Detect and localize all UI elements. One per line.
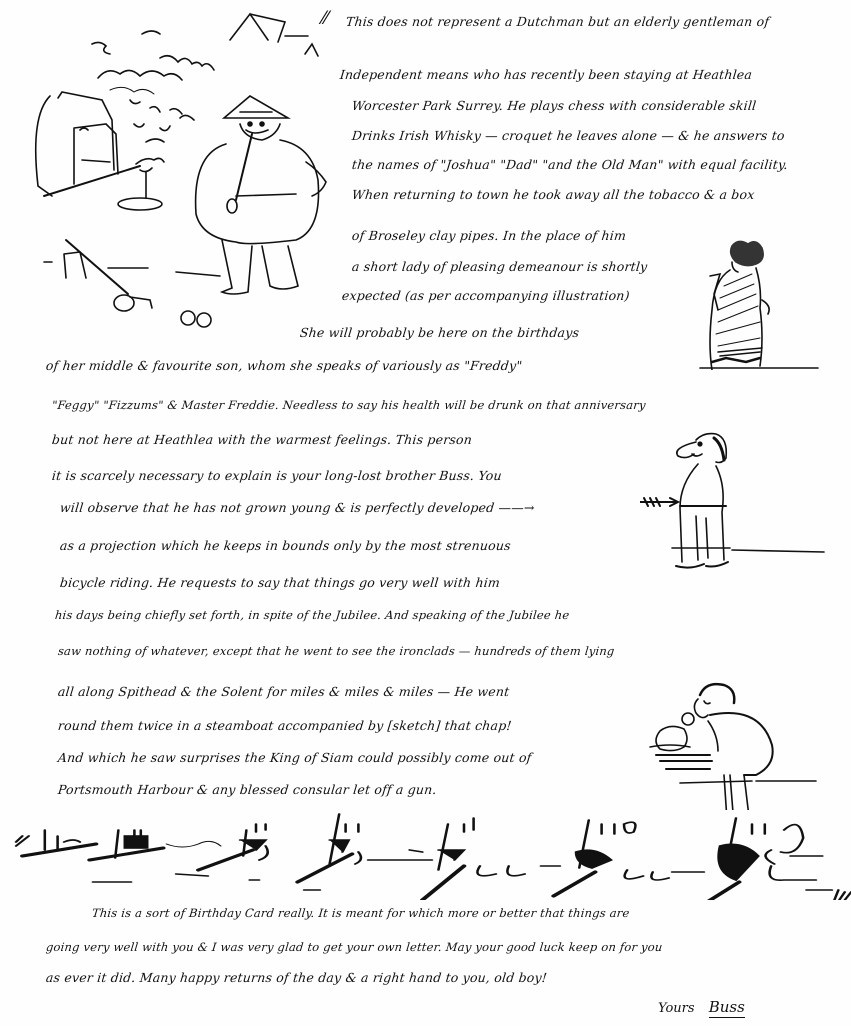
ironclads-illustration xyxy=(0,810,851,900)
signature-name: Buss xyxy=(709,998,745,1018)
letter-line-19: saw nothing of whatever, except that he … xyxy=(57,644,615,658)
closing-prefix: Yours xyxy=(658,1001,695,1016)
splash-right xyxy=(832,890,851,900)
ship-7 xyxy=(694,818,832,900)
letter-line-6: When returning to town he took away all … xyxy=(351,187,755,202)
garden-scene-illustration xyxy=(0,0,330,330)
letter-line-5: the names of "Joshua" "Dad" "and the Old… xyxy=(351,157,788,172)
letter-line-4: Drinks Irish Whisky — croquet he leaves … xyxy=(351,128,785,143)
letter-line-1: This does not represent a Dutchman but a… xyxy=(345,14,770,29)
ship-5 xyxy=(410,818,525,900)
lady-illustration xyxy=(690,240,830,370)
man-with-child-illustration xyxy=(640,675,851,810)
letter-line-21: round them twice in a steamboat accompan… xyxy=(57,718,512,733)
letter-line-11: of her middle & favourite son, whom she … xyxy=(45,358,523,373)
brother-illustration xyxy=(640,420,851,580)
letter-line-3: Worcester Park Surrey. He plays chess wi… xyxy=(351,98,757,113)
letter-line-25: going very well with you & I was very gl… xyxy=(45,940,663,954)
letter-page: This does not represent a Dutchman but a… xyxy=(0,0,851,1026)
letter-line-16: as a projection which he keeps in bounds… xyxy=(59,538,511,553)
letter-line-20: all along Spithead & the Solent for mile… xyxy=(57,684,510,699)
ship-1 xyxy=(16,830,96,856)
letter-line-18: his days being chiefly set forth, in spi… xyxy=(54,608,570,622)
signature: Yours Buss xyxy=(658,998,745,1016)
letter-line-22: And which he saw surprises the King of S… xyxy=(57,750,532,765)
ship-6 xyxy=(541,820,704,896)
letter-line-13: but not here at Heathlea with the warmes… xyxy=(51,432,473,447)
letter-line-14: it is scarcely necessary to explain is y… xyxy=(51,468,502,483)
ship-3 xyxy=(198,824,267,870)
letter-line-9: expected (as per accompanying illustrati… xyxy=(341,288,630,303)
ship-2 xyxy=(90,830,221,860)
letter-line-23: Portsmouth Harbour & any blessed consula… xyxy=(57,782,437,797)
letter-line-8: a short lady of pleasing demeanour is sh… xyxy=(351,259,648,274)
letter-line-17: bicycle riding. He requests to say that … xyxy=(59,575,501,590)
letter-line-2: Independent means who has recently been … xyxy=(339,67,753,82)
letter-line-12: "Feggy" "Fizzums" & Master Freddie. Need… xyxy=(51,398,646,412)
letter-line-24: This is a sort of Birthday Card really. … xyxy=(91,906,630,920)
letter-line-15: will observe that he has not grown young… xyxy=(59,500,535,515)
ship-4 xyxy=(298,814,432,882)
letter-line-26: as ever it did. Many happy returns of th… xyxy=(45,970,548,985)
letter-line-7: of Broseley clay pipes. In the place of … xyxy=(351,228,627,243)
letter-line-10: She will probably be here on the birthda… xyxy=(299,325,580,340)
